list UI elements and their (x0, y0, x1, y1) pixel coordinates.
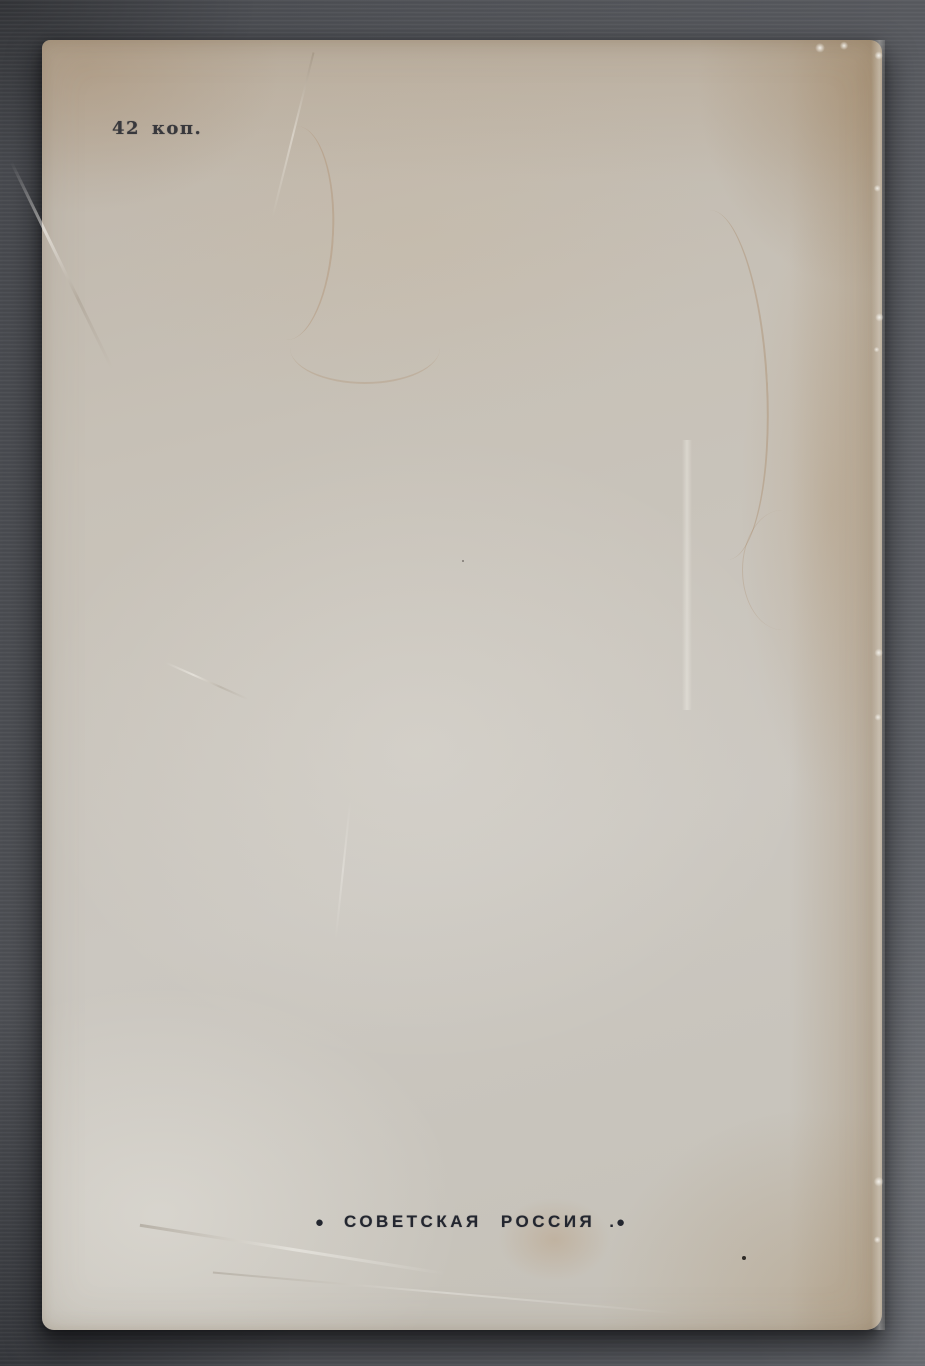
paper-crease (335, 800, 352, 939)
water-stain-line (244, 124, 339, 342)
photo-book-back-cover: 42 коп. ● СОВЕТСКАЯ РОССИЯ . ● (0, 0, 925, 1366)
water-stain-line (661, 208, 777, 563)
book-back-cover: 42 коп. ● СОВЕТСКАЯ РОССИЯ . ● (42, 40, 882, 1330)
ink-speck (742, 1256, 746, 1260)
bullet-icon: ● (315, 1215, 324, 1230)
publisher-period: . (609, 1212, 614, 1232)
ink-speck (462, 560, 464, 562)
water-stain-line (290, 312, 440, 384)
worn-right-edge (871, 40, 885, 1330)
paper-crease (213, 1272, 681, 1315)
torn-top-right-corner (802, 38, 862, 60)
publisher-name: СОВЕТСКАЯ РОССИЯ (344, 1212, 595, 1232)
paper-crease (271, 52, 314, 217)
water-stain-line (742, 510, 823, 630)
price-label: 42 коп. (112, 118, 202, 139)
paper-crease (165, 662, 248, 700)
bullet-icon: ● (616, 1215, 625, 1230)
paper-crease (682, 440, 692, 710)
publisher-imprint-line: ● СОВЕТСКАЯ РОССИЯ . ● (42, 1212, 882, 1232)
